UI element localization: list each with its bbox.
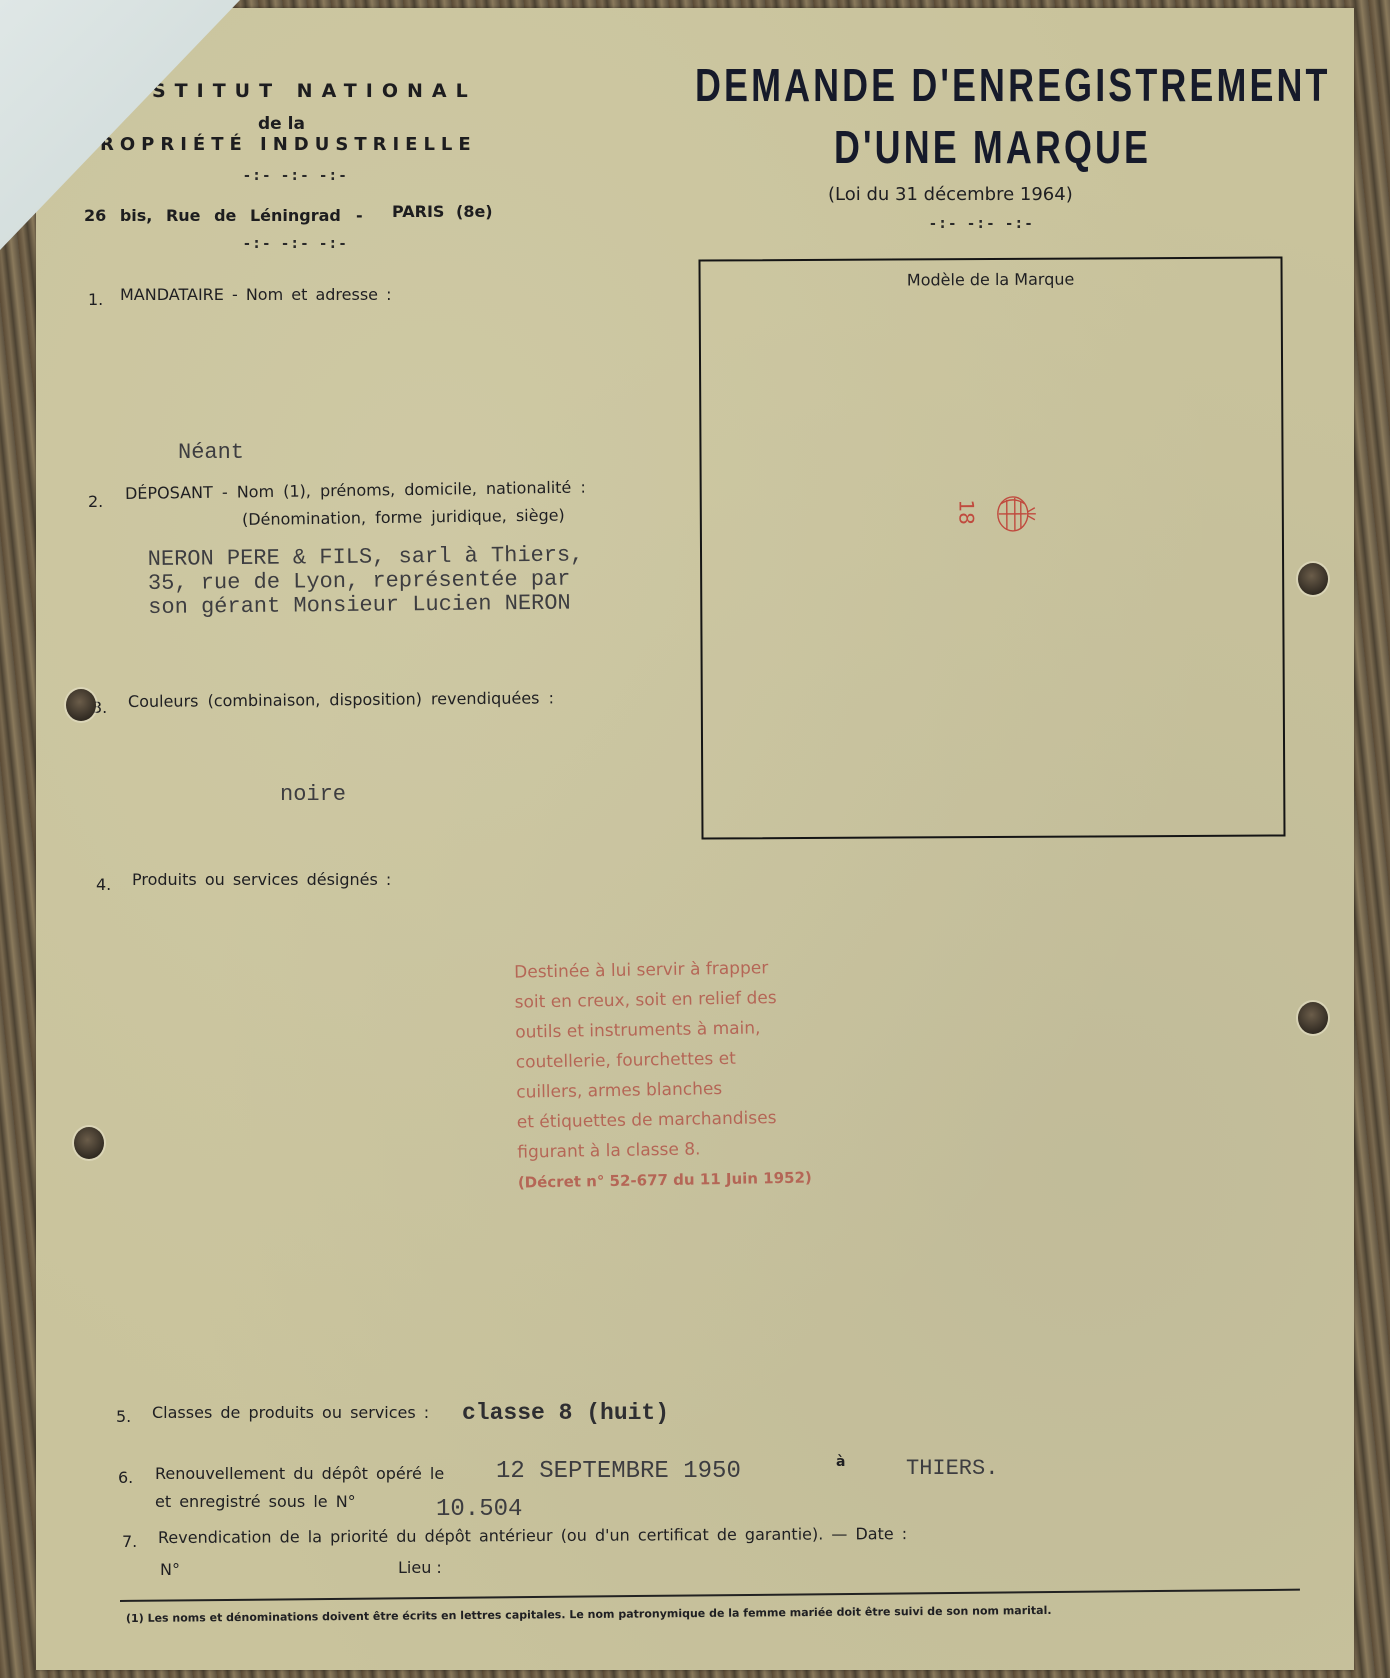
- field-6-label2: et enregistré sous le N°: [155, 1492, 356, 1511]
- institute-name-line1: STITUT NATIONAL: [152, 80, 477, 102]
- field-7-number-label: N°: [160, 1560, 180, 1579]
- punch-hole: [66, 689, 96, 721]
- ornament: -:- -:- -:-: [244, 168, 349, 184]
- field-2-value-line: son gérant Monsieur Lucien NERON: [148, 591, 584, 620]
- field-6-number: 6.: [118, 1468, 133, 1487]
- field-2-value: NERON PERE & FILS, sarl à Thiers, 35, ru…: [148, 543, 584, 620]
- field-1-label: MANDATAIRE - Nom et adresse :: [120, 285, 391, 304]
- field-6-place: THIERS.: [906, 1456, 998, 1481]
- address-street: 26 bis, Rue de Léningrad: [84, 206, 341, 225]
- ornament: -:- -:- -:-: [930, 216, 1035, 232]
- field-3-label: Couleurs (combinaison, disposition) reve…: [128, 688, 554, 711]
- products-stamp: Destinée à lui servir à frapper soit en …: [514, 952, 818, 1197]
- field-1-value: Néant: [178, 440, 244, 465]
- form-subtitle: (Loi du 31 décembre 1964): [828, 184, 1073, 205]
- institute-name-line2: de la: [258, 114, 305, 134]
- institute-name-line3: ROPRIÉTÉ INDUSTRIELLE: [100, 134, 477, 155]
- field-4-number: 4.: [96, 875, 111, 894]
- field-5-number: 5.: [116, 1407, 131, 1426]
- trademark-model-title: Modèle de la Marque: [701, 268, 1281, 290]
- punch-hole: [1298, 563, 1328, 595]
- form-title-line1: DEMANDE D'ENREGISTREMENT: [695, 58, 1331, 112]
- field-5-label: Classes de produits ou services :: [152, 1403, 429, 1422]
- trademark-mark: 18: [954, 492, 1039, 536]
- punch-hole: [1298, 1002, 1328, 1034]
- field-6-registration-number: 10.504: [436, 1496, 522, 1523]
- stamp-decree: (Décret n° 52-677 du 11 Juin 1952): [518, 1162, 818, 1197]
- stamp-line: et étiquettes de marchandises: [517, 1102, 817, 1137]
- field-7-label: Revendication de la priorité du dépôt an…: [158, 1524, 907, 1547]
- address-separator: -: [356, 206, 363, 225]
- field-7-place-label: Lieu :: [398, 1558, 442, 1577]
- address-city: PARIS (8e): [392, 202, 493, 221]
- ornament: -:- -:- -:-: [244, 236, 349, 252]
- field-6-date: 12 SEPTEMBRE 1950: [496, 1458, 741, 1485]
- field-6-at: à: [836, 1454, 845, 1470]
- field-7-number: 7.: [122, 1532, 137, 1551]
- form-title-line2: D'UNE MARQUE: [834, 120, 1151, 174]
- field-5-value: classe 8 (huit): [462, 1400, 669, 1426]
- mark-number: 18: [954, 499, 978, 525]
- field-1-number: 1.: [88, 290, 103, 309]
- crown-icon: [992, 492, 1038, 536]
- field-3-value: noire: [280, 782, 346, 807]
- trademark-model-box: Modèle de la Marque 18: [698, 256, 1285, 839]
- field-4-label: Produits ou services désignés :: [132, 870, 391, 889]
- punch-hole: [74, 1127, 104, 1159]
- field-2-number: 2.: [88, 492, 103, 511]
- stamp-line: soit en creux, soit en relief des: [514, 982, 814, 1017]
- field-6-label: Renouvellement du dépôt opéré le: [155, 1464, 444, 1483]
